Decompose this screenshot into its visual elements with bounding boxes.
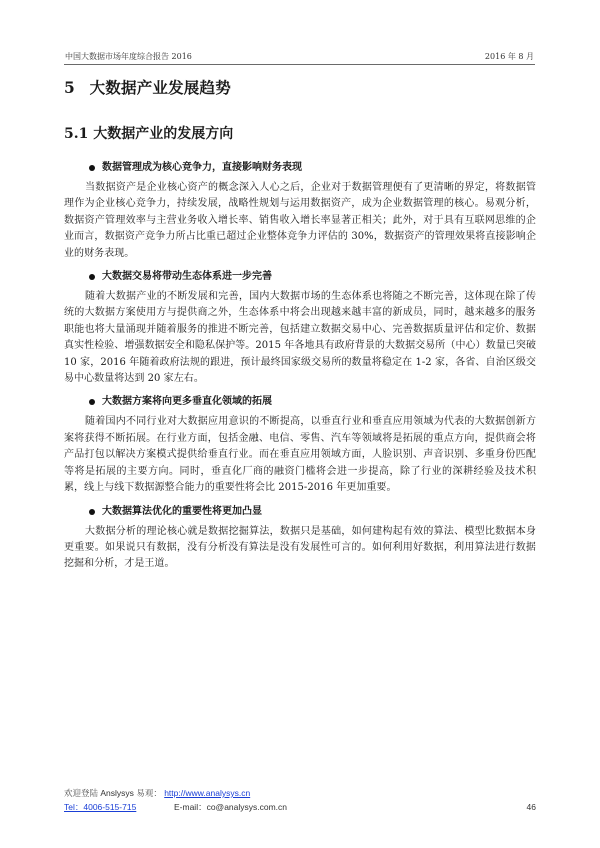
report-date: 2016 年 8 月 — [485, 51, 534, 62]
paragraph: 随着国内不同行业对大数据应用意识的不断提高，以垂直行业和垂直应用领域为代表的大数… — [64, 414, 536, 496]
chapter-number: 5 — [64, 78, 84, 97]
section-heading: 5.1 大数据产业的发展方向 — [64, 123, 233, 143]
chapter-heading: 5 大数据产业发展趋势 — [64, 76, 231, 98]
bullet-icon — [89, 399, 95, 405]
bullet-heading: 数据管理成为核心竞争力，直接影响财务表现 — [64, 160, 536, 176]
section-content: 数据管理成为核心竞争力，直接影响财务表现 当数据资产是企业核心资产的概念深入人心… — [64, 160, 536, 580]
bullet-icon — [89, 509, 95, 515]
tel-link[interactable]: Tel：4006-515-715 — [64, 802, 136, 812]
bullet-heading: 大数据算法优化的重要性将更加凸显 — [64, 504, 536, 520]
page-footer: 欢迎登陆 Anslysys 易观： http://www.analysys.cn… — [64, 786, 536, 814]
report-title: 中国大数据市场年度综合报告 2016 — [65, 51, 192, 62]
footer-contact-row: Tel：4006-515-715 E-mail：co@analysys.com.… — [64, 800, 536, 814]
welcome-text: 欢迎登陆 — [64, 789, 98, 799]
email-text: E-mail：co@analysys.com.cn — [174, 800, 287, 814]
bullet-heading-text: 大数据方案将向更多垂直化领域的拓展 — [102, 396, 272, 407]
bullet-heading-text: 大数据交易将带动生态体系进一步完善 — [102, 271, 272, 282]
page-number: 46 — [527, 800, 536, 814]
bullet-heading-text: 大数据算法优化的重要性将更加凸显 — [102, 506, 262, 517]
brand-name: Anslysys — [100, 788, 134, 798]
brand-cn: 易观： — [136, 789, 162, 799]
footer-welcome-row: 欢迎登陆 Anslysys 易观： http://www.analysys.cn — [64, 786, 536, 800]
paragraph: 大数据分析的理论核心就是数据挖掘算法，数据只是基础，如何建构起有效的算法、模型比… — [64, 524, 536, 573]
chapter-title: 大数据产业发展趋势 — [90, 78, 231, 97]
paragraph: 当数据资产是企业核心资产的概念深入人心之后，企业对于数据管理便有了更清晰的界定，… — [64, 180, 536, 262]
bullet-heading: 大数据交易将带动生态体系进一步完善 — [64, 269, 536, 285]
bullet-heading-text: 数据管理成为核心竞争力，直接影响财务表现 — [102, 162, 302, 173]
page-header: 中国大数据市场年度综合报告 2016 2016 年 8 月 — [64, 50, 535, 65]
paragraph: 随着大数据产业的不断发展和完善，国内大数据市场的生态体系也将随之不断完善，这体现… — [64, 289, 536, 387]
website-link[interactable]: http://www.analysys.cn — [164, 788, 250, 798]
bullet-icon — [89, 165, 95, 171]
bullet-icon — [89, 274, 95, 280]
bullet-heading: 大数据方案将向更多垂直化领域的拓展 — [64, 394, 536, 410]
